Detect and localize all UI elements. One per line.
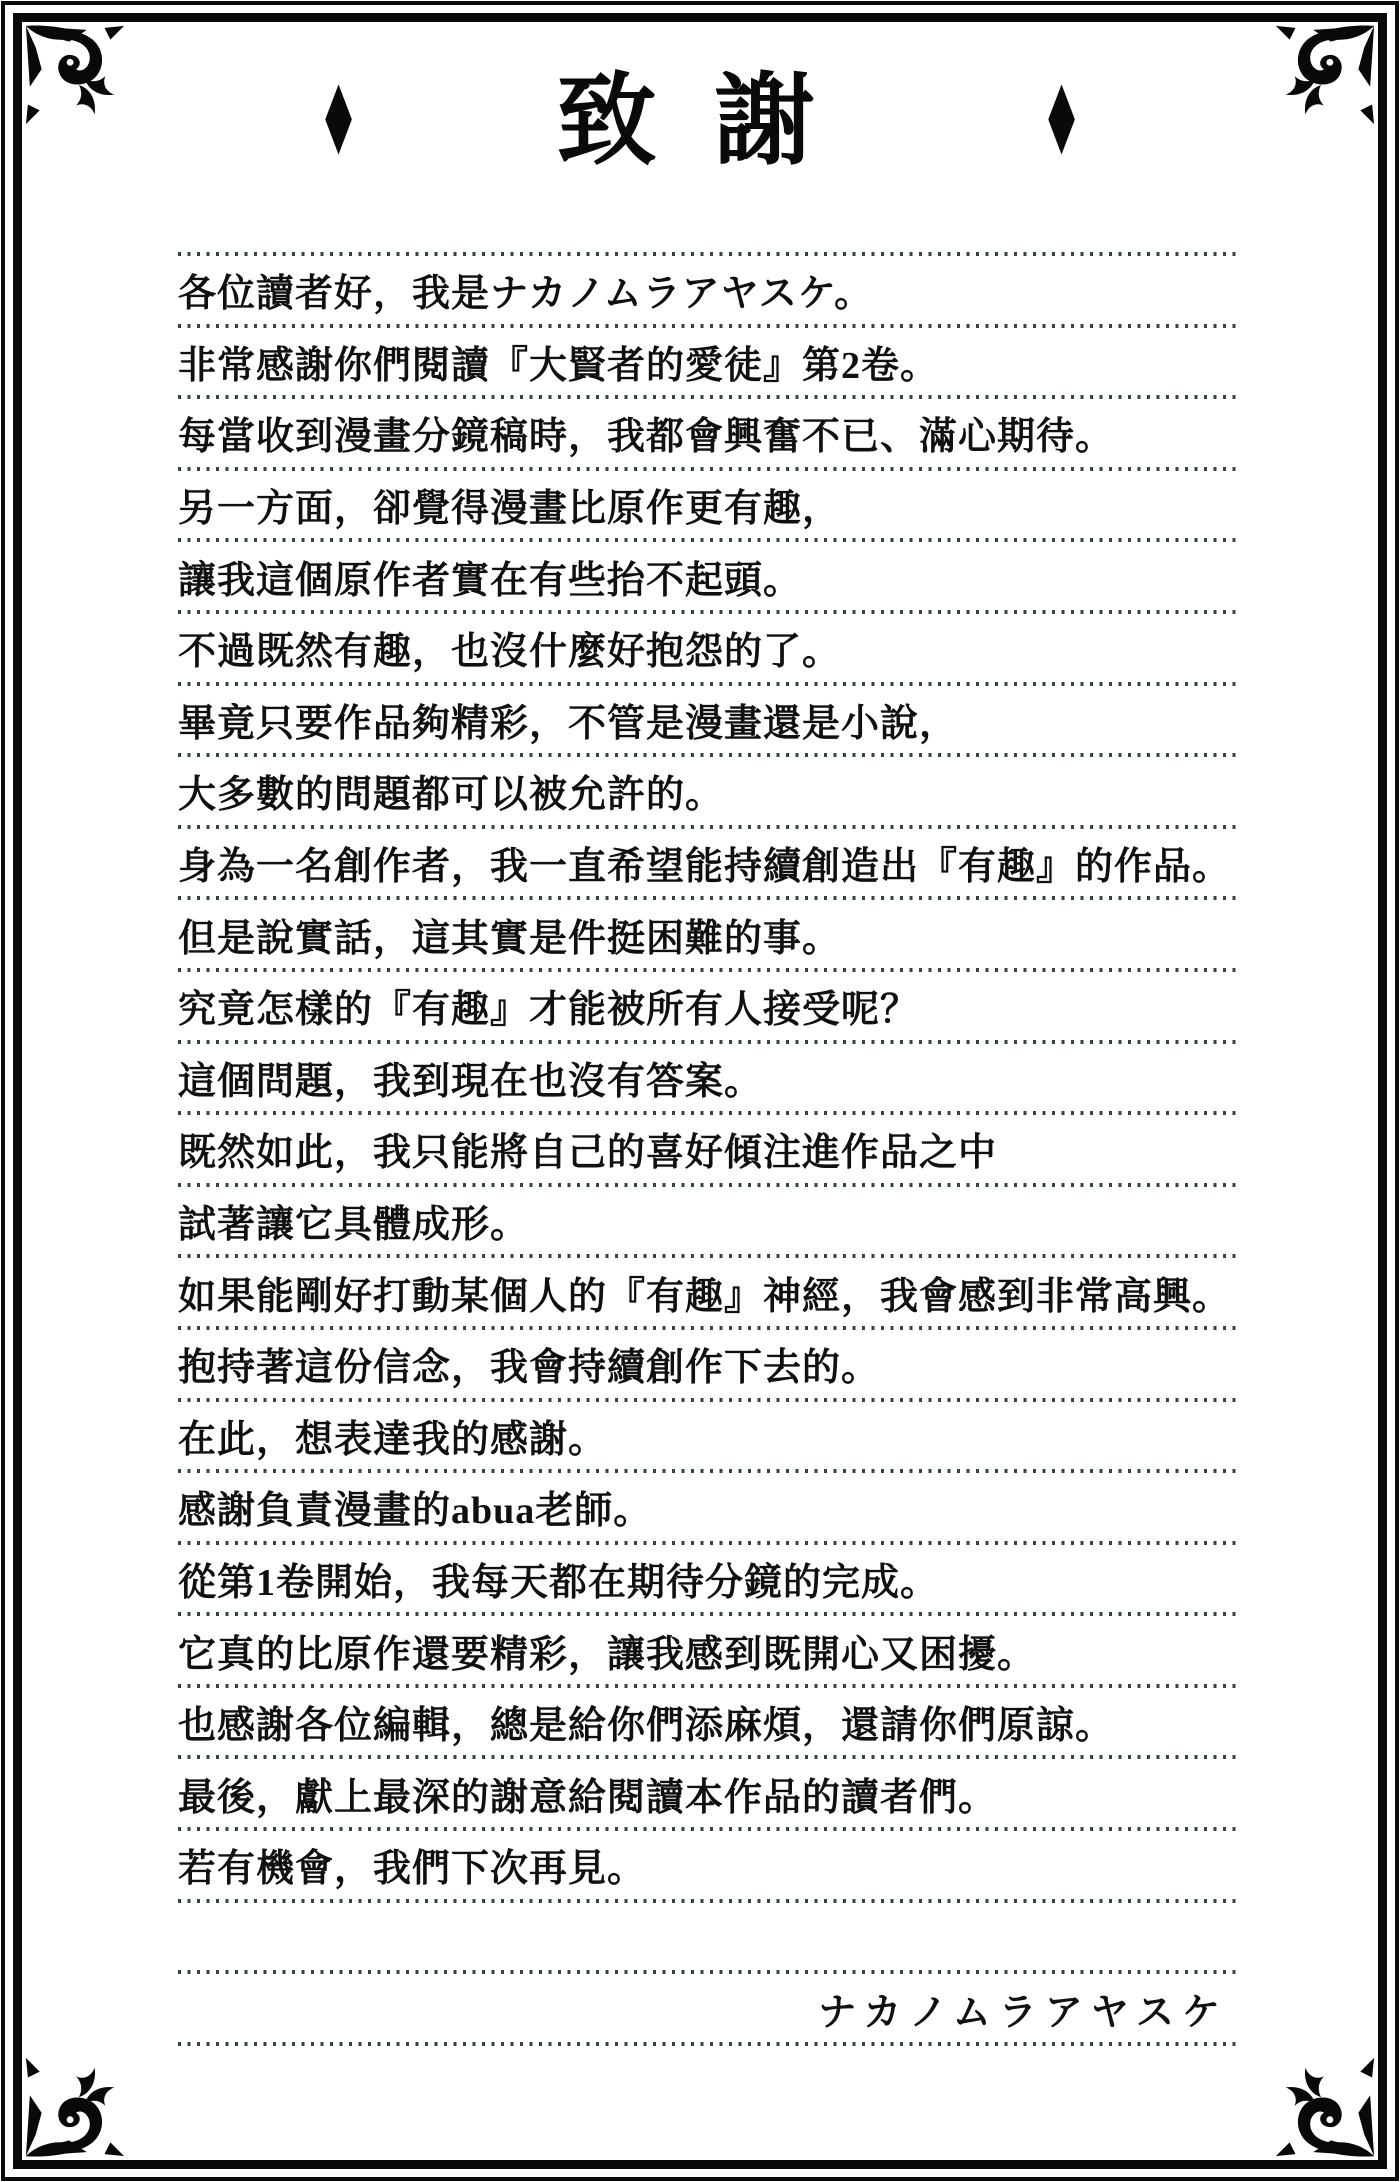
text-line: 從第1卷開始，我每天都在期待分鏡的完成。 [178, 1545, 1238, 1613]
lines-container: 各位讀者好，我是ナカノムラアヤスケ。 非常感謝你們閱讀『大賢者的愛徒』第2卷。 … [178, 252, 1238, 2046]
text-line: 另一方面，卻覺得漫畫比原作更有趣， [178, 471, 1238, 539]
text-line: 抱持著這份信念，我會持續創作下去的。 [178, 1330, 1238, 1398]
flourish-corner-icon-bottom-left [22, 2052, 130, 2160]
afterword-page: ♦ 致謝 ♦ 各位讀者好，我是ナカノムラアヤスケ。 非常感謝你們閱讀『大賢者的愛… [0, 0, 1400, 2182]
text-line: 感謝負責漫畫的abua老師。 [178, 1473, 1238, 1541]
text-line: ナカノムラアヤスケ [178, 1974, 1238, 2042]
text-line-row [178, 1899, 1238, 1971]
text-line-row: 它真的比原作還要精彩，讓我感到既開心又困擾。 [178, 1612, 1238, 1684]
text-line-row: 既然如此，我只能將自己的喜好傾注進作品之中 [178, 1111, 1238, 1183]
text-line: 也感謝各位編輯，總是給你們添麻煩，還請你們原諒。 [178, 1688, 1238, 1756]
text-line: 試著讓它具體成形。 [178, 1187, 1238, 1255]
text-line-row: 也感謝各位編輯，總是給你們添麻煩，還請你們原諒。 [178, 1684, 1238, 1756]
text-line: 非常感謝你們閱讀『大賢者的愛徒』第2卷。 [178, 328, 1238, 396]
diamond-icon-right: ♦ [1040, 74, 1082, 170]
text-line-row: ナカノムラアヤスケ [178, 1970, 1238, 2042]
text-line-row: 非常感謝你們閱讀『大賢者的愛徒』第2卷。 [178, 324, 1238, 396]
text-line: 大多數的問題都可以被允許的。 [178, 757, 1238, 825]
text-line-row: 但是說實話，這其實是件挺困難的事。 [178, 896, 1238, 968]
text-line: 究竟怎樣的『有趣』才能被所有人接受呢？ [178, 972, 1238, 1040]
text-line: 最後，獻上最深的謝意給閱讀本作品的讀者們。 [178, 1759, 1238, 1827]
text-line: 它真的比原作還要精彩，讓我感到既開心又困擾。 [178, 1616, 1238, 1684]
text-line: 既然如此，我只能將自己的喜好傾注進作品之中 [178, 1115, 1238, 1183]
page-title: 致謝 [528, 72, 873, 172]
text-line: 如果能剛好打動某個人的『有趣』神經，我會感到非常高興。 [178, 1258, 1238, 1326]
text-line-row: 究竟怎樣的『有趣』才能被所有人接受呢？ [178, 968, 1238, 1040]
text-line [178, 1903, 1238, 1971]
text-line-row: 如果能剛好打動某個人的『有趣』神經，我會感到非常高興。 [178, 1254, 1238, 1326]
title-row: ♦ 致謝 ♦ [0, 58, 1400, 186]
text-line: 畢竟只要作品夠精彩，不管是漫畫還是小說， [178, 686, 1238, 754]
text-line-row: 若有機會，我們下次再見。 [178, 1827, 1238, 1899]
text-line-row: 各位讀者好，我是ナカノムラアヤスケ。 [178, 252, 1238, 324]
text-line-row: 感謝負責漫畫的abua老師。 [178, 1469, 1238, 1541]
text-line: 若有機會，我們下次再見。 [178, 1831, 1238, 1899]
text-line: 不過既然有趣，也沒什麼好抱怨的了。 [178, 614, 1238, 682]
text-line-row: 每當收到漫畫分鏡稿時，我都會興奮不已、滿心期待。 [178, 395, 1238, 467]
text-line-row: 這個問題，我到現在也沒有答案。 [178, 1040, 1238, 1112]
text-line-row: 另一方面，卻覺得漫畫比原作更有趣， [178, 467, 1238, 539]
text-line-row: 畢竟只要作品夠精彩，不管是漫畫還是小說， [178, 682, 1238, 754]
flourish-corner-icon-bottom-right [1270, 2052, 1378, 2160]
text-line-row: 試著讓它具體成形。 [178, 1183, 1238, 1255]
text-line: 各位讀者好，我是ナカノムラアヤスケ。 [178, 256, 1238, 324]
text-line: 身為一名創作者，我一直希望能持續創造出『有趣』的作品。 [178, 829, 1238, 897]
dotted-divider [178, 2042, 1238, 2046]
text-line-row: 身為一名創作者，我一直希望能持續創造出『有趣』的作品。 [178, 825, 1238, 897]
text-line: 在此，想表達我的感謝。 [178, 1402, 1238, 1470]
text-line-row: 在此，想表達我的感謝。 [178, 1398, 1238, 1470]
text-line-row: 抱持著這份信念，我會持續創作下去的。 [178, 1326, 1238, 1398]
text-line: 這個問題，我到現在也沒有答案。 [178, 1044, 1238, 1112]
text-line-row: 最後，獻上最深的謝意給閱讀本作品的讀者們。 [178, 1755, 1238, 1827]
text-line-row: 讓我這個原作者實在有些抬不起頭。 [178, 538, 1238, 610]
text-line-row: 不過既然有趣，也沒什麼好抱怨的了。 [178, 610, 1238, 682]
text-line: 每當收到漫畫分鏡稿時，我都會興奮不已、滿心期待。 [178, 399, 1238, 467]
diamond-icon-left: ♦ [318, 74, 360, 170]
text-line-row: 從第1卷開始，我每天都在期待分鏡的完成。 [178, 1541, 1238, 1613]
text-line: 讓我這個原作者實在有些抬不起頭。 [178, 542, 1238, 610]
text-line: 但是說實話，這其實是件挺困難的事。 [178, 900, 1238, 968]
text-line-row: 大多數的問題都可以被允許的。 [178, 753, 1238, 825]
